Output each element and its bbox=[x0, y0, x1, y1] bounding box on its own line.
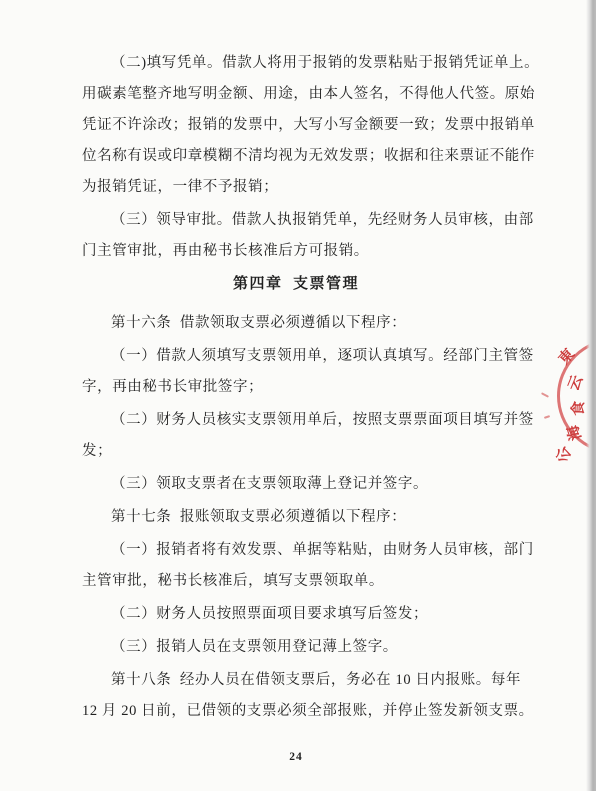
text-line: 为报销凭证，一律不予报销； bbox=[82, 172, 510, 203]
seal-ink-fleck bbox=[541, 392, 549, 398]
text-line: （三）报销人员在支票领用登记薄上签字。 bbox=[82, 632, 510, 663]
text-line: 字，再由秘书长审批签字； bbox=[82, 372, 510, 403]
seal-ink-fleck bbox=[544, 415, 550, 419]
text-line: 门主管审批，再由秘书长核准后方可报销。 bbox=[82, 236, 510, 267]
paragraph: 第十六条 借款领取支票必须遵循以下程序： bbox=[82, 308, 510, 339]
text-line: （二）财务人员核实支票领用单后，按照支票票面项目填写并签 bbox=[82, 405, 510, 436]
text-line: 第十六条 借款领取支票必须遵循以下程序： bbox=[82, 308, 510, 339]
text-line: （二）财务人员按照票面项目要求填写后签发； bbox=[82, 599, 510, 630]
paragraph: （一）报销者将有效发票、单据等粘贴，由财务人员审核，部门主管审批，秘书长核准后，… bbox=[82, 535, 510, 597]
chapter-heading: 第四章 支票管理 bbox=[82, 269, 510, 300]
paragraph: （二）财务人员按照票面项目要求填写后签发； bbox=[82, 599, 510, 630]
text-line: （三）领导审批。借款人执报销凭单，先经财务人员审核，由部 bbox=[82, 205, 510, 236]
page-number: 24 bbox=[82, 751, 510, 763]
text-line: 主管审批，秘书长核准后，填写支票领取单。 bbox=[82, 566, 510, 597]
text-line: 凭证不许涂改；报销的发票中，大写小写金额要一致；发票中报销单 bbox=[82, 110, 510, 141]
text-line: 发； bbox=[82, 436, 510, 467]
text-line: 12 月 20 日前，已借领的支票必须全部报账，并停止签发新领支票。 bbox=[82, 696, 510, 727]
text-line: 第四章 支票管理 bbox=[82, 269, 510, 300]
paragraph: 第十七条 报账领取支票必须遵循以下程序： bbox=[82, 502, 510, 533]
text-line: （一）借款人须填写支票领用单，逐项认真填写。经部门主管签 bbox=[82, 341, 510, 372]
paragraph: （二)填写凭单。借款人将用于报销的发票粘贴于报销凭证单上。用碳素笔整齐地写明金额… bbox=[82, 48, 510, 203]
text-line: 位名称有误或印章模糊不清均视为无效发票；收据和往来票证不能作 bbox=[82, 141, 510, 172]
paragraph: （三）领取支票者在支票领取薄上登记并签字。 bbox=[82, 469, 510, 500]
paragraph: （二）财务人员核实支票领用单后，按照支票票面项目填写并签发； bbox=[82, 405, 510, 467]
paragraph: （一）借款人须填写支票领用单，逐项认真填写。经部门主管签字，再由秘书长审批签字； bbox=[82, 341, 510, 403]
seal-character: 食 bbox=[572, 401, 588, 417]
paragraph: （三）领导审批。借款人执报销凭单，先经财务人员审核，由部门主管审批，再由秘书长核… bbox=[82, 205, 510, 267]
scan-edge-shadow bbox=[586, 0, 596, 791]
paragraph: （三）报销人员在支票领用登记薄上签字。 bbox=[82, 632, 510, 663]
text-line: 第十八条 经办人员在借领支票后，务必在 10 日内报账。每年 bbox=[82, 665, 510, 696]
text-line: 用碳素笔整齐地写明金额、用途，由本人签名，不得他人代签。原始 bbox=[82, 79, 510, 110]
text-line: （三）领取支票者在支票领取薄上登记并签字。 bbox=[82, 469, 510, 500]
seal-character: 公 bbox=[554, 443, 575, 464]
text-line: 第十七条 报账领取支票必须遵循以下程序： bbox=[82, 502, 510, 533]
document-page: （二)填写凭单。借款人将用于报销的发票粘贴于报销凭证单上。用碳素笔整齐地写明金额… bbox=[0, 0, 596, 791]
text-line: （一）报销者将有效发票、单据等粘贴，由财务人员审核，部门 bbox=[82, 535, 510, 566]
document-body: （二)填写凭单。借款人将用于报销的发票粘贴于报销凭证单上。用碳素笔整齐地写明金额… bbox=[82, 48, 510, 727]
text-line: （二)填写凭单。借款人将用于报销的发票粘贴于报销凭证单上。 bbox=[82, 48, 510, 79]
paragraph: 第十八条 经办人员在借领支票后，务必在 10 日内报账。每年12 月 20 日前… bbox=[82, 665, 510, 727]
